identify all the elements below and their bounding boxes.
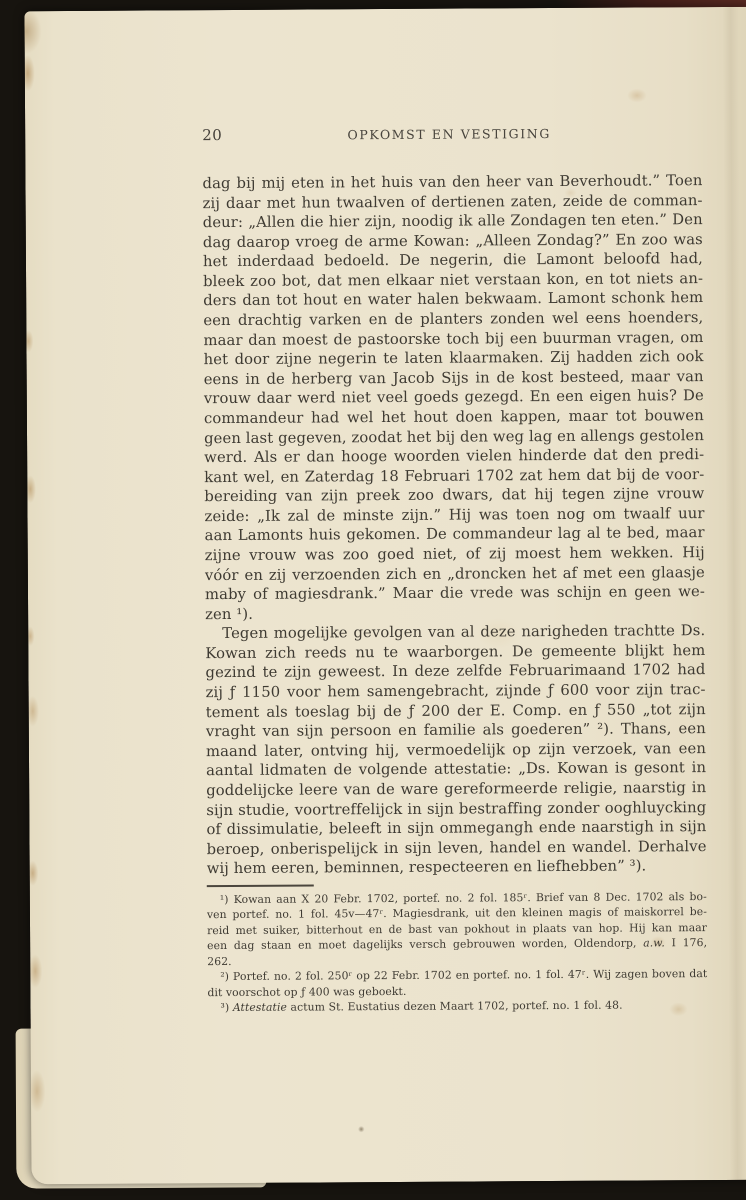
text-line: goddelijcke leere van de ware gereformee… (206, 778, 706, 801)
text-line: wij hem eeren, beminnen, respecteeren en… (207, 856, 707, 879)
book-page: 20 OPKOMST EN VESTIGING dag bij mij eten… (24, 7, 746, 1184)
scanned-book-photo: 20 OPKOMST EN VESTIGING dag bij mij eten… (0, 0, 746, 1200)
footnotes-section: ¹) Kowan aan X 20 Febr. 1702, portef. no… (207, 889, 708, 1016)
running-header: OPKOMST EN VESTIGING (202, 122, 702, 143)
footnote-1-line: een dag staan en moet dagelijks versch g… (207, 935, 707, 954)
text-line: dag bij mij eten in het huis van den hee… (202, 171, 702, 194)
footnote-text: ¹) Kowan aan X 20 Febr. 1702, portef. no… (220, 890, 707, 906)
footnote-italic-title: Attestatie (233, 1001, 287, 1014)
footnote-text: reid met suiker, bitterhout en de bast v… (207, 921, 707, 937)
footnote-text: 262. (207, 955, 232, 968)
footnote-text: dit voorschot op ƒ 400 was geboekt. (207, 985, 406, 999)
text-line: het door zijne negerin te laten klaarmak… (203, 347, 703, 370)
paragraph-2: Tegen mogelijke gevolgen van al deze nar… (205, 621, 707, 879)
text-line: of dissimulatie, beleeft in sijn ommegan… (206, 817, 706, 840)
footnote-text: ²) Portef. no. 2 fol. 250ʳ op 22 Febr. 1… (220, 967, 707, 983)
footnote-text: I 176, (665, 936, 707, 949)
footnote-text: actum St. Eustatius dezen Maart 1702, po… (287, 999, 623, 1014)
footnote-3-line: ³) Attestatie actum St. Eustatius dezen … (207, 997, 707, 1016)
footnote-2-line: ²) Portef. no. 2 fol. 250ʳ op 22 Febr. 1… (207, 966, 707, 985)
page-header: 20 OPKOMST EN VESTIGING (202, 122, 702, 145)
footnote-text: ven portef. no. 1 fol. 45v—47ʳ. Magiesdr… (207, 905, 707, 921)
main-text: dag bij mij eten in het huis van den hee… (202, 171, 706, 879)
text-line: zij ƒ 1150 voor hem samengebracht, zijnd… (206, 680, 706, 703)
text-line: commandeur had wel het hout doen kappen,… (204, 406, 704, 429)
text-line: deur: „Allen die hier zijn, noodig ik al… (203, 210, 703, 233)
text-line: een drachtig varken en de planters zonde… (203, 308, 703, 331)
footnote-divider (207, 884, 314, 887)
page-content: 20 OPKOMST EN VESTIGING dag bij mij eten… (202, 122, 707, 1016)
footnote-text: een dag staan en moet dagelijks versch g… (207, 937, 643, 953)
footnote-italic-abbrev: a.w. (643, 937, 665, 950)
text-line: maby of magiesdrank.” Maar die vrede was… (205, 582, 705, 605)
paragraph-1: dag bij mij eten in het huis van den hee… (202, 171, 705, 624)
text-line: vraght van sijn persoon en familie als g… (206, 719, 706, 742)
text-line: werd. Als er dan hooge woorden vielen hi… (204, 445, 704, 468)
text-line: zijne vrouw was zoo goed niet, of zij mo… (205, 543, 705, 566)
footnote-marker: ³) (220, 1001, 232, 1014)
page-number: 20 (202, 126, 222, 144)
